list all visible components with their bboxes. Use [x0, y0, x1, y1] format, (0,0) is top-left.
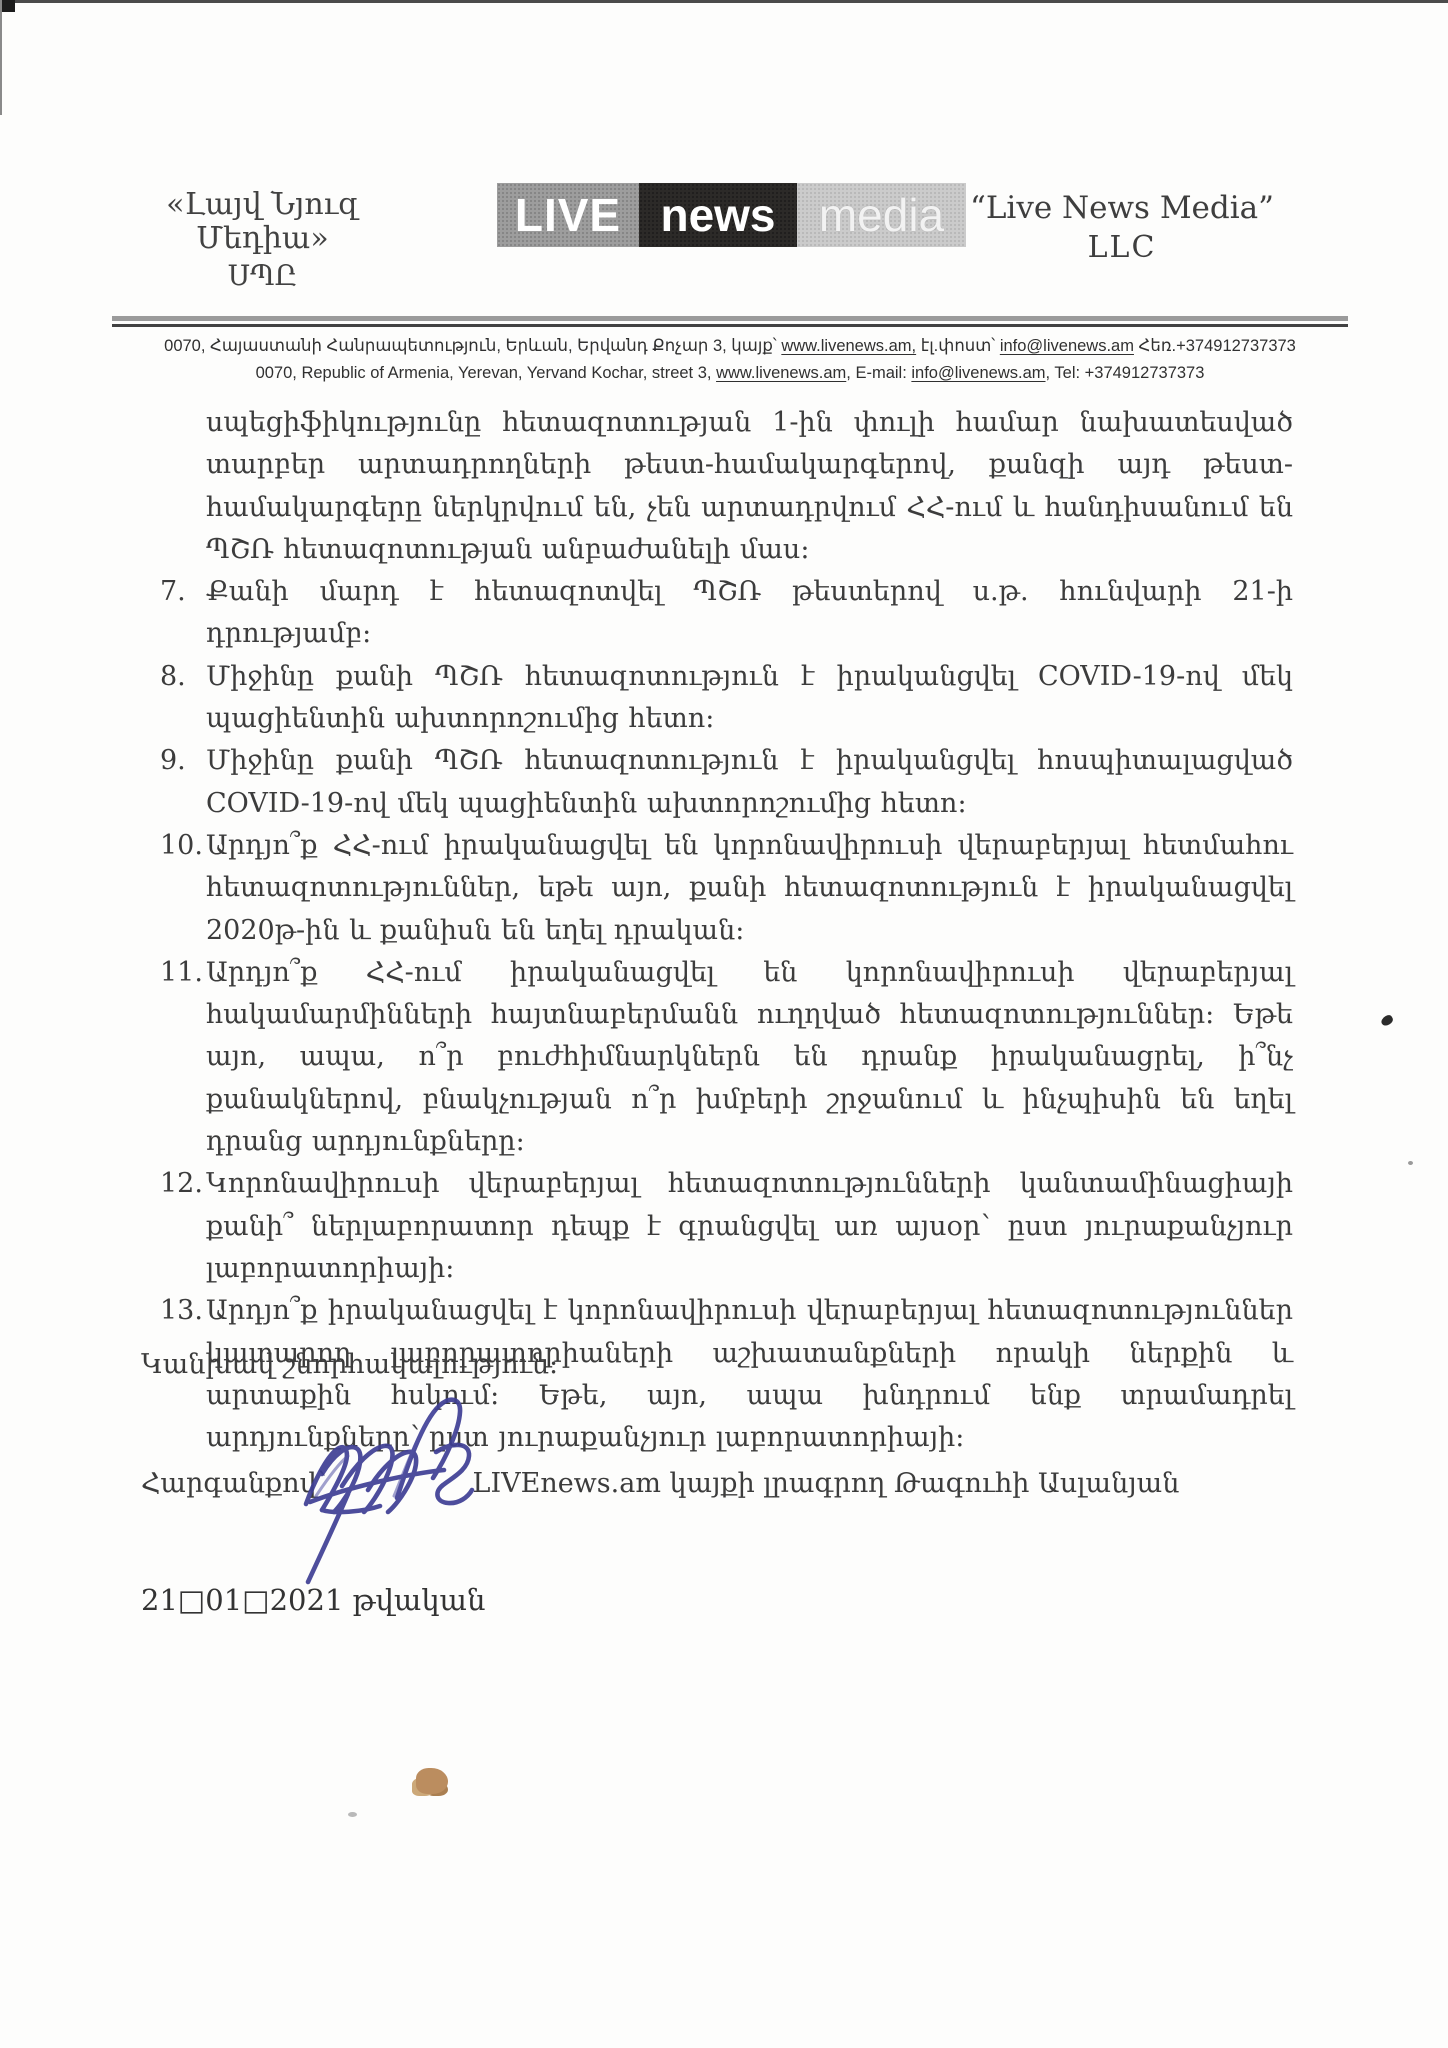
company-type-armenian: ՍՊԸ [120, 256, 405, 296]
item-number: 11. [160, 952, 206, 994]
website-link-armenian[interactable]: www.livenews.am, [781, 337, 916, 355]
question-item-8: 8. Միջինը քանի ՊՇՌ հետազոտություն է իրակ… [158, 656, 1293, 741]
scan-edge-left [0, 0, 2, 115]
company-name-english-line1: “Live News Media” [962, 190, 1282, 226]
item-text: Արդյո՞ք ՀՀ-ում իրականացվել են կորոնավիրո… [206, 957, 1293, 1157]
date-line: 21□01□2021 թվական [141, 1583, 486, 1617]
item-number: 12. [160, 1163, 206, 1205]
company-name-armenian: «Լայվ Նյուզ Մեդիա» ՍՊԸ [120, 188, 405, 296]
item-text: Միջինը քանի ՊՇՌ հետազոտություն է իրականց… [206, 661, 1293, 734]
question-item-12: 12. Կորոնավիրուսի վերաբերյալ հետազոտությ… [158, 1163, 1293, 1290]
item-number: 10. [160, 825, 206, 867]
address-english: 0070, Republic of Armenia, Yerevan, Yerv… [256, 364, 716, 382]
phone-armenian: Հեռ.+374912737373 [1134, 337, 1296, 355]
logo-segment-live: LIVE [497, 183, 639, 247]
item-text: Քանի մարդ է հետազոտվել ՊՇՌ թեստերով ս.թ.… [206, 576, 1293, 649]
item-text: Արդյո՞ք ՀՀ-ում իրականացվել են կորոնավիրո… [206, 830, 1293, 946]
scanned-letter-page: «Լայվ Նյուզ Մեդիա» ՍՊԸ LIVE news media “… [0, 0, 1448, 2048]
logo-segment-news: news [639, 183, 797, 247]
company-name-english: “Live News Media” LLC [962, 190, 1282, 270]
letter-body: սպեցիֆիկությունը հետազոտության 1-ին փուլ… [158, 402, 1293, 1459]
contact-info: 0070, Հայաստանի Հանրապետություն, Երևան, … [100, 333, 1360, 387]
divider-thin-line [112, 324, 1348, 327]
item-text: Միջինը քանի ՊՇՌ հետազոտություն է իրականց… [206, 745, 1293, 818]
ink-speck-small [1408, 1161, 1413, 1165]
phone-english: , Tel: +374912737373 [1046, 364, 1205, 382]
livenews-media-logo: LIVE news media [497, 183, 966, 247]
paper-stain [416, 1768, 448, 1794]
logo-segment-media: media [797, 183, 966, 247]
website-link-english[interactable]: www.livenews.am [716, 364, 846, 382]
scan-edge-top [0, 0, 1448, 3]
item-number: 9. [160, 740, 206, 782]
question-item-11: 11. Արդյո՞ք ՀՀ-ում իրականացվել են կորոնա… [158, 952, 1293, 1163]
email-link-armenian[interactable]: info@livenews.am [1000, 337, 1134, 355]
email-link-english[interactable]: info@livenews.am [911, 364, 1045, 382]
contact-line-armenian: 0070, Հայաստանի Հանրապետություն, Երևան, … [100, 333, 1360, 360]
company-type-english: LLC [962, 226, 1282, 270]
paper-stain-faint [348, 1812, 357, 1817]
company-name-armenian-line1: «Լայվ Նյուզ Մեդիա» [120, 188, 405, 256]
contact-line-english: 0070, Republic of Armenia, Yerevan, Yerv… [100, 360, 1360, 387]
question-item-10: 10. Արդյո՞ք ՀՀ-ում իրականացվել են կորոնա… [158, 825, 1293, 952]
item-number: 8. [160, 656, 206, 698]
signer-title-name: LIVEnews.am կայքի լրագրող Թագուհի Ասլանյ… [473, 1468, 1180, 1499]
email-label-armenian: էլ.փոստ՝ [916, 337, 1000, 355]
thanks-line: Կանխավ շնորհակալություն: [141, 1349, 558, 1380]
address-armenian: 0070, Հայաստանի Հանրապետություն, Երևան, … [164, 337, 781, 355]
question-item-7: 7. Քանի մարդ է հետազոտվել ՊՇՌ թեստերով ս… [158, 571, 1293, 656]
item-number: 13. [160, 1290, 206, 1332]
letterhead-divider [112, 316, 1348, 327]
scan-corner-mark [0, 0, 15, 12]
item-number: 7. [160, 571, 206, 613]
item-text: Կորոնավիրուսի վերաբերյալ հետազոտությունն… [206, 1168, 1293, 1284]
intro-paragraph: սպեցիֆիկությունը հետազոտության 1-ին փուլ… [206, 402, 1293, 571]
email-label-english: , E-mail: [846, 364, 911, 382]
question-item-9: 9. Միջինը քանի ՊՇՌ հետազոտություն է իրակ… [158, 740, 1293, 825]
ink-speck [1380, 1014, 1395, 1028]
handwritten-signature [276, 1386, 490, 1598]
